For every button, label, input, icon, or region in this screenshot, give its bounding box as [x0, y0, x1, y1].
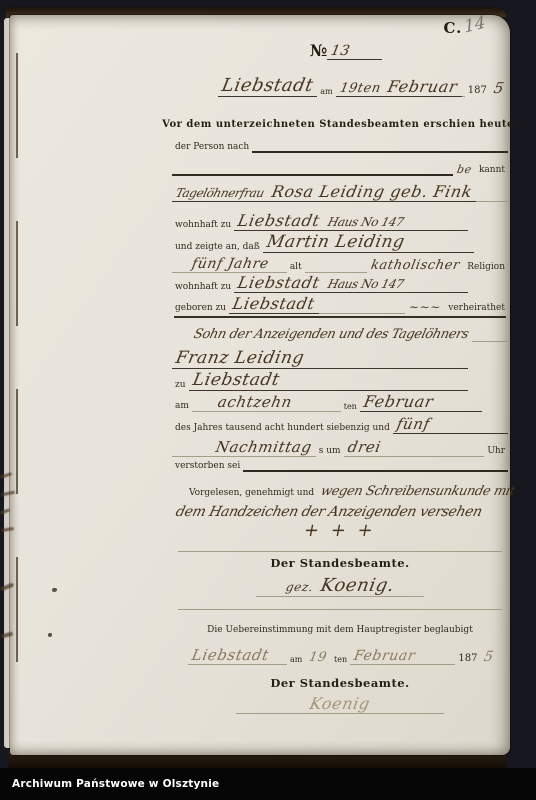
- bekannt-printed: kannt: [476, 165, 508, 176]
- form-content: № 13 Liebstadt am 19ten Februar 187 5 Vo…: [172, 15, 508, 755]
- closing-hand-2: dem Handzeichen der Anzeigenden versehen: [170, 504, 488, 520]
- relation-text: Sohn der Anzeigenden und des Tagelöhners: [188, 327, 474, 342]
- religion-value: katholischer: [366, 258, 466, 273]
- birthplace-line: geboren zu Liebstadt ~~~ verheirathet: [172, 294, 508, 314]
- death-date-line: am achtzehn ten Februar: [172, 392, 508, 412]
- residence-line-1: wohnhaft zu LiebstadtHaus No 147: [172, 211, 508, 231]
- archival-scan-viewport: C. 14 № 13 Liebstadt am 19ten Februar 18…: [0, 0, 536, 800]
- father-name: Franz Leiding: [170, 348, 310, 368]
- certification-line: Die Uebereinstimmung mit dem Hauptregist…: [172, 625, 508, 636]
- signature-name: Koenig.: [315, 575, 400, 596]
- am-label: am: [172, 401, 192, 412]
- record-number: № 13: [310, 40, 440, 60]
- cert-am-label: am: [287, 655, 305, 665]
- dateline-month: Februar: [383, 77, 464, 96]
- cert-place: Liebstadt: [186, 646, 274, 664]
- registrar-signature-1: gez.Koenig.: [172, 575, 508, 597]
- cert-month: Februar: [349, 648, 421, 664]
- register-page: C. 14 № 13 Liebstadt am 19ten Februar 18…: [10, 15, 510, 755]
- dateline-day: 19ten: [334, 81, 386, 96]
- cert-day: 19: [304, 650, 333, 665]
- closing-printed: Vorgelesen, genehmigt und: [186, 488, 317, 499]
- age-value: fünf Jahre: [186, 256, 274, 272]
- rule-line-2: [178, 609, 502, 610]
- residence-1-place: Liebstadt: [232, 211, 325, 230]
- cert-year-hand: 5: [479, 649, 500, 665]
- archive-watermark-bar: Archiwum Państwowe w Olsztynie: [0, 768, 536, 800]
- year-line-printed: des Jahres tausend acht hundert siebenzi…: [172, 423, 393, 434]
- death-place-line: zu Liebstadt: [172, 370, 508, 391]
- death-time-line: Nachmittag s um drei Uhr: [172, 437, 508, 457]
- marital-strike-mark: ~~~: [404, 300, 447, 314]
- registrar-title-2: Der Standesbeamte.: [172, 676, 508, 690]
- binding-stitch-line: [16, 53, 18, 721]
- death-place-value: Liebstadt: [187, 370, 285, 390]
- registrar-title-text-1: Der Standesbeamte.: [270, 556, 409, 570]
- section-divider: [174, 316, 506, 318]
- identity-line-2: be kannt: [172, 163, 508, 176]
- registrar-title-1: Der Standesbeamte.: [172, 556, 508, 570]
- ten-label: ten: [341, 402, 360, 412]
- religion-label: Religion: [464, 262, 508, 273]
- intro-line: Vor dem unterzeichneten Standesbeamten e…: [172, 119, 508, 130]
- zeigte-label: und zeigte an, daß: [172, 242, 263, 253]
- s-um-label: s um: [316, 446, 344, 457]
- year-line-hand: fünf: [391, 415, 435, 433]
- residence-line-2: wohnhaft zu LiebstadtHaus No 147: [172, 273, 508, 293]
- verstorben-line: verstorben sei: [172, 461, 508, 472]
- death-day-value: achtzehn: [212, 393, 297, 411]
- alt-label: alt: [287, 262, 305, 273]
- registrar-signature-2: Koenig: [172, 694, 508, 714]
- verstorben-label: verstorben sei: [172, 461, 243, 472]
- hour-value: drei: [342, 438, 386, 456]
- age-religion-line: fünf Jahre alt katholischer Religion: [172, 253, 508, 273]
- residence-2-house: Haus No 147: [322, 277, 409, 291]
- relation-line: Sohn der Anzeigenden und des Tagelöhners: [172, 327, 508, 342]
- rule-line: [178, 551, 502, 552]
- geboren-label: geboren zu: [172, 303, 229, 314]
- signature-prefix: gez.: [280, 580, 318, 594]
- uhr-label: Uhr: [484, 446, 508, 457]
- report-line: und zeigte an, daß Martin Leiding: [172, 232, 508, 253]
- signature-name-2: Koenig: [304, 694, 376, 713]
- father-line: Franz Leiding: [172, 348, 508, 369]
- certification-text: Die Uebereinstimmung mit dem Hauptregist…: [204, 625, 476, 636]
- declarant-line: TagelöhnerfrauRosa Leiding geb. Fink: [172, 182, 508, 202]
- daypart-value: Nachmittag: [210, 438, 317, 456]
- death-year-line: des Jahres tausend acht hundert siebenzi…: [172, 414, 508, 434]
- death-month-value: Februar: [358, 392, 439, 411]
- wohnhaft-label: wohnhaft zu: [172, 220, 234, 231]
- dateline-year-printed: 187: [465, 85, 490, 97]
- verheirathet-label: verheirathet: [445, 303, 508, 314]
- dateline-am-label: am: [317, 87, 335, 97]
- declarant-occupation: Tagelöhnerfrau: [170, 186, 269, 200]
- archive-name-label: Archiwum Państwowe w Olsztynie: [0, 768, 536, 800]
- identity-line-1: der Person nach: [172, 142, 508, 153]
- closing-line-1: Vorgelesen, genehmigt und wegen Schreibe…: [172, 484, 508, 499]
- residence-1-house: Haus No 147: [322, 215, 409, 229]
- record-number-value: 13: [326, 43, 356, 59]
- dateline-place: Liebstadt: [216, 75, 319, 96]
- closing-hand-1: wegen Schreibensunkunde mit: [315, 484, 520, 499]
- intro-text: Vor dem unterzeichneten Standesbeamten e…: [162, 119, 518, 130]
- registrar-title-text-2: Der Standesbeamte.: [270, 676, 409, 690]
- dateline: Liebstadt am 19ten Februar 187 5: [218, 75, 508, 97]
- certification-dateline: Liebstadt am 19 ten Februar 187 5: [188, 645, 498, 665]
- declarant-name: Rosa Leiding geb. Fink: [266, 182, 478, 201]
- residence-2-place: Liebstadt: [232, 273, 325, 292]
- birthplace-value: Liebstadt: [227, 294, 320, 313]
- dateline-year-hand: 5: [488, 79, 510, 97]
- deceased-name: Martin Leiding: [261, 232, 411, 252]
- cert-ten-label: ten: [331, 655, 350, 665]
- person-nach-label: der Person nach: [172, 142, 252, 153]
- bekannt-hand: be: [452, 163, 477, 176]
- closing-line-2: dem Handzeichen der Anzeigenden versehen: [172, 504, 508, 520]
- handmark-crosses: + + +: [298, 520, 382, 541]
- cert-year-printed: 187: [455, 653, 480, 665]
- wohnhaft-label-2: wohnhaft zu: [172, 282, 234, 293]
- handmark-line: + + +: [172, 520, 508, 541]
